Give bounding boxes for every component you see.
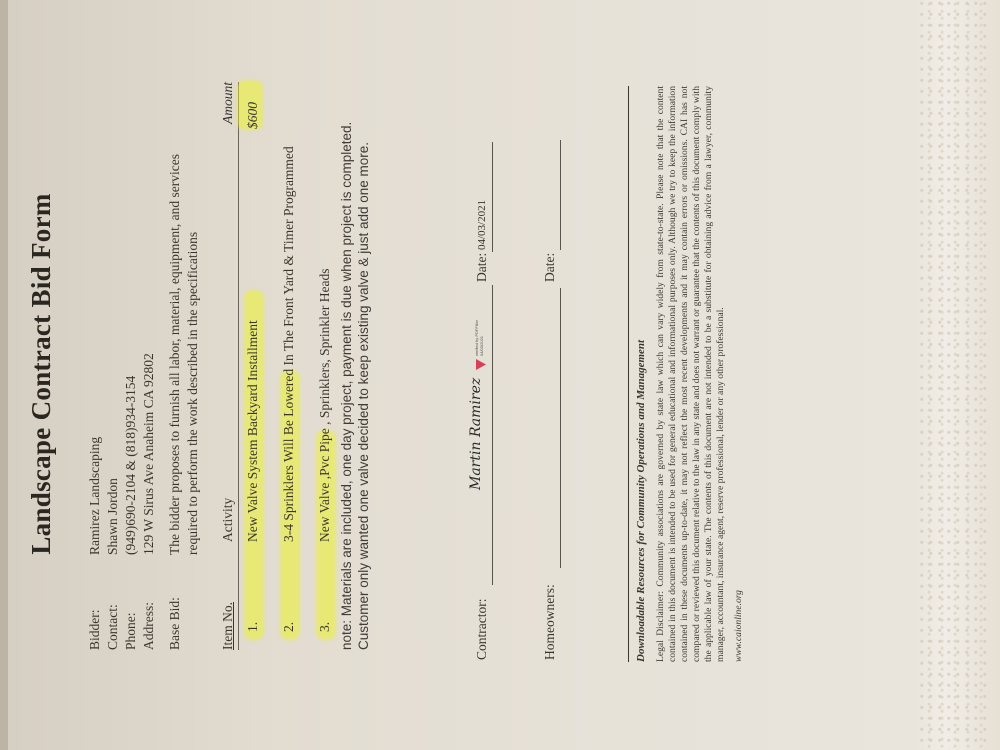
table-header: Item No. Activity Amount [218, 82, 239, 650]
homeowners-label: Homeowners: [542, 584, 558, 660]
row-activity: New Valve System Backyard Installment [245, 320, 261, 542]
base-bid-text: The bidder proposes to furnish all labor… [166, 135, 202, 555]
contractor-date-label: Date: [474, 253, 490, 282]
contractor-label: Contractor: [474, 599, 490, 660]
bid-form-sheet: Landscape Contract Bid Form Bidder:Ramir… [8, 0, 913, 750]
countertop-background [910, 0, 1000, 750]
activity-table: Item No. Activity Amount 1. New Valve Sy… [218, 82, 347, 650]
bidder-label: Bidder: [86, 580, 104, 650]
verified-stamp-text: verified by PDFFiller 04/03/2021 [474, 316, 484, 356]
phone-row: Phone:(949)690-2104 & (818)934-3154 [122, 353, 140, 650]
resources-title: Downloadable Resources for Community Ope… [635, 86, 647, 662]
contractor-signature: Martin Ramirez [468, 378, 484, 490]
address-value: 129 W Sirus Ave Anaheim CA 92802 [140, 353, 158, 555]
table-row: 2. 3-4 Sprinklers Will Be Lowered In The… [275, 82, 311, 650]
base-bid: Base Bid: The bidder proposes to furnish… [166, 135, 202, 650]
row-amount: $600 [245, 102, 261, 129]
row-item-no: 2. [281, 622, 297, 632]
contact-row: Contact:Shawn Jordon [104, 353, 122, 650]
homeowners-date-line [542, 140, 561, 250]
bidder-row: Bidder:Ramirez Landscaping [86, 353, 104, 650]
address-label: Address: [140, 580, 158, 650]
base-bid-label: Base Bid: [166, 555, 202, 650]
note-line-1: note: Materials are included, one day pr… [338, 122, 355, 650]
countertop-texture [920, 0, 990, 750]
contractor-date-line [474, 142, 493, 252]
phone-value: (949)690-2104 & (818)934-3154 [122, 376, 140, 555]
row-activity: New Valve ,Pvc Pipe , Sprinklers, Sprink… [317, 269, 333, 542]
header-item-no: Item No. [220, 602, 236, 650]
homeowners-date-label: Date: [542, 253, 558, 282]
header-amount: Amount [220, 82, 236, 124]
table-row: 1. New Valve System Backyard Installment… [239, 82, 275, 650]
row-item-no: 1. [245, 622, 261, 632]
bidder-value: Ramirez Landscaping [86, 437, 104, 555]
phone-label: Phone: [122, 580, 140, 650]
contact-label: Contact: [104, 580, 122, 650]
project-note: note: Materials are included, one day pr… [338, 122, 372, 650]
row-item-no: 3. [317, 622, 333, 632]
contact-value: Shawn Jordon [104, 478, 122, 555]
row-activity: 3-4 Sprinklers Will Be Lowered In The Fr… [281, 146, 297, 542]
website-link[interactable]: www.caionline.org [733, 86, 744, 662]
paper-photo: Landscape Contract Bid Form Bidder:Ramir… [8, 0, 913, 750]
header-activity: Activity [220, 498, 236, 542]
resources-section: Downloadable Resources for Community Ope… [628, 86, 744, 662]
address-row: Address:129 W Sirus Ave Anaheim CA 92802 [140, 353, 158, 650]
homeowners-signature-line [542, 288, 561, 568]
note-line-2: Customer only wanted one valve decided t… [355, 122, 372, 650]
bidder-info: Bidder:Ramirez Landscaping Contact:Shawn… [86, 353, 158, 650]
legal-disclaimer: Legal Disclaimer: Community associations… [655, 86, 727, 662]
form-title: Landscape Contract Bid Form [26, 0, 57, 750]
